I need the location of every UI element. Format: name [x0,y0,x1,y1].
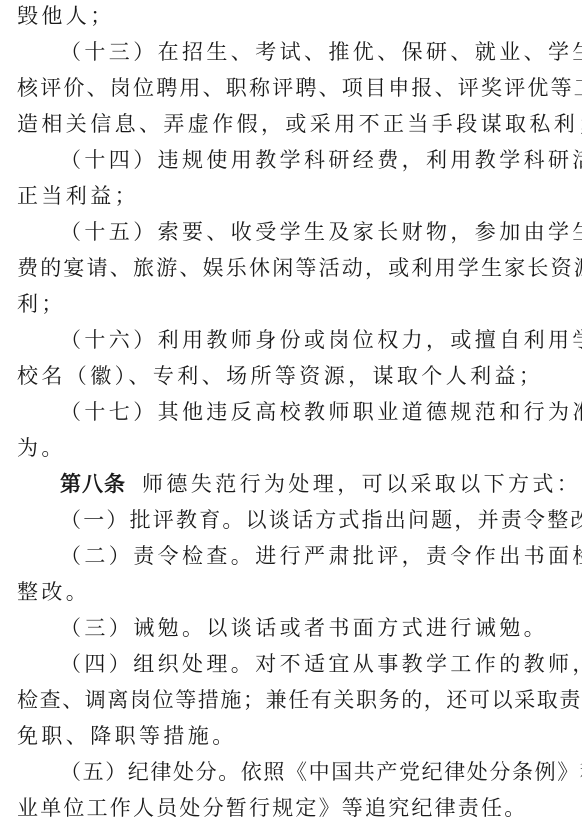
measure-1: （一）批评教育。以谈话方式指出问题，并责令整改。 [60,507,569,533]
text-line: 检查、调离岗位等措施；兼任有关职务的，还可以采取责令辞职、 [17,687,569,713]
text-line: 核评价、岗位聘用、职称评聘、项目申报、评奖评优等工作中伪 [17,75,569,101]
text-line: 造相关信息、弄虚作假，或采用不正当手段谋取私利； [17,111,569,137]
text-line: 费的宴请、旅游、娱乐休闲等活动，或利用学生家长资源谋取私 [17,255,569,281]
article-8-text: 师德失范行为处理，可以采取以下方式： [142,472,581,496]
item-13-start: （十三）在招生、考试、推优、保研、就业、学生资助及考 [60,39,569,65]
article-heading: 第八条 [60,472,126,496]
measure-3: （三）诫勉。以谈话或者书面方式进行诫勉。 [60,615,569,641]
document-page: 毁他人； （十三）在招生、考试、推优、保研、就业、学生资助及考 核评价、岗位聘用… [0,0,582,824]
item-17-start: （十七）其他违反高校教师职业道德规范和行为准则的行 [60,399,569,425]
article-8-line: 第八条师德失范行为处理，可以采取以下方式： [60,471,569,497]
measure-4-start: （四）组织处理。对不适宜从事教学工作的教师，采取停职 [60,651,569,677]
text-line: 校名（徽）、专利、场所等资源，谋取个人利益； [17,363,569,389]
item-15-start: （十五）索要、收受学生及家长财物，参加由学生及家长付 [60,219,569,245]
text-line: 正当利益； [17,183,569,209]
item-16-start: （十六）利用教师身份或岗位权力，或擅自利用学校名义、 [60,327,569,353]
text-line: 整改。 [17,579,569,605]
text-line: 毁他人； [17,3,569,29]
measure-2-start: （二）责令检查。进行严肃批评，责令作出书面检查并切实 [60,543,569,569]
text-line: 为。 [17,435,569,461]
text-line: 利； [17,291,569,317]
measure-5-start: （五）纪律处分。依照《中国共产党纪律处分条例》和《事 [60,759,569,785]
item-14-start: （十四）违规使用教学科研经费，利用教学科研活动谋取不 [60,147,569,173]
text-line: 免职、降职等措施。 [17,723,569,749]
text-line: 业单位工作人员处分暂行规定》等追究纪律责任。 [17,795,569,821]
